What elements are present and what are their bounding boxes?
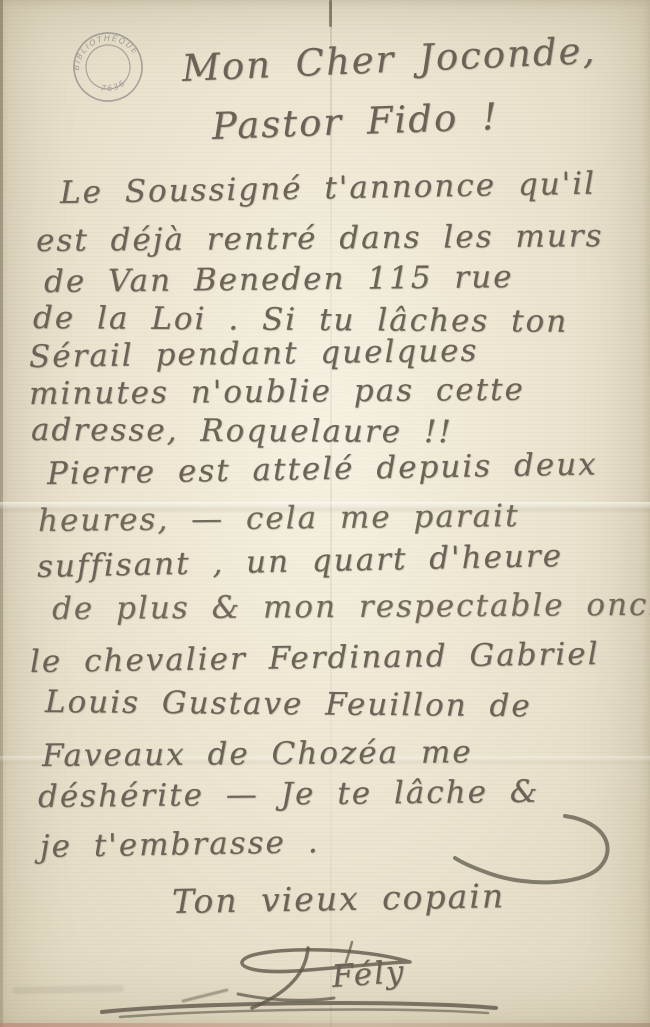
signature: Fély [331,953,407,997]
body-line: adresse, Roquelaure !! [31,411,453,452]
paper-left-edge [0,0,3,1027]
body-line: suffisant , un quart d'heure [37,537,564,587]
body-line: de plus & mon respectable oncle [52,586,650,629]
body-line: heures, — cela me parait [38,497,520,541]
circular-ink-stamp-icon: BIBLIOTHEQUE 7636 [60,19,157,116]
body-line: Le Soussigné t'annonce qu'il [60,165,597,213]
body-line: Faveaux de Chozéa me [42,733,473,776]
pen-flourish [395,812,625,902]
signature-flourish [80,920,560,1025]
body-line: est déjà rentré dans les murs [36,217,604,261]
body-line: Pierre est attelé depuis deux [47,445,598,493]
body-line: de Van Beneden 115 rue [44,258,514,302]
body-line: déshérite — Je te lâche & [38,773,540,817]
body-line: minutes n'oublie pas cette [29,371,525,414]
stamp-number: 7636 [98,77,129,96]
body-line: Louis Gustave Feuillon de [45,683,532,726]
body-line: Sérail pendant quelques [29,332,479,377]
salutation-line: Mon Cher Joconde, [181,28,597,92]
svg-text:7636: 7636 [98,77,129,96]
body-line: le chevalier Ferdinand Gabriel [30,635,600,682]
letter-page: BIBLIOTHEQUE 7636 Mon Cher Joconde, Past… [0,0,650,1027]
body-line: je t'embrasse . [40,823,320,867]
greeting-line: Pastor Fido ! [211,94,499,150]
